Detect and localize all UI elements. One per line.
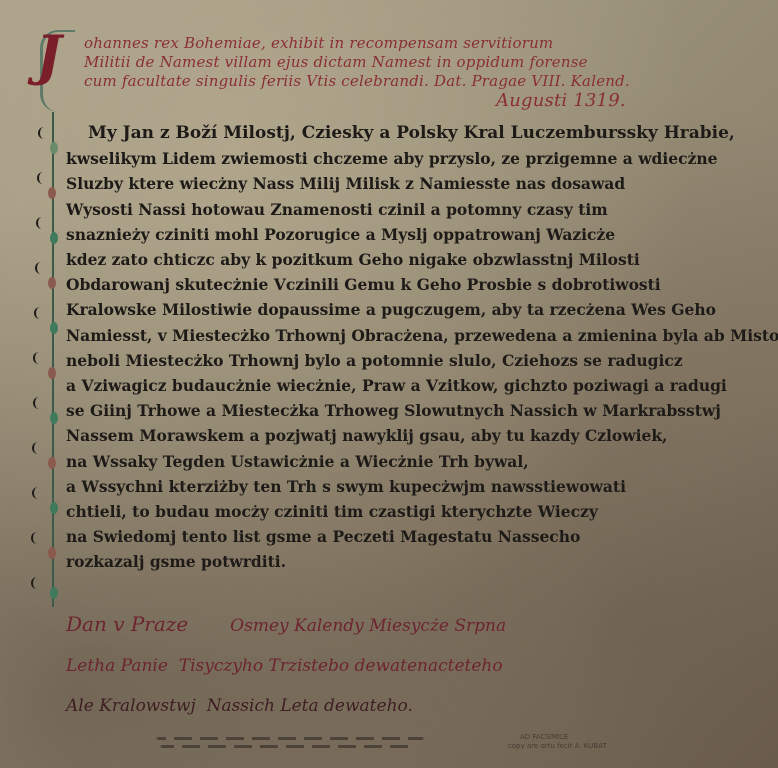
signature-line: AD FACSIMILE bbox=[508, 733, 607, 742]
leaf-icon bbox=[48, 547, 56, 559]
crescent-icon bbox=[38, 127, 50, 139]
crescent-icon bbox=[33, 352, 45, 364]
latin-header: ohannes rex Bohemiae, exhibit in recompe… bbox=[66, 34, 686, 110]
body-line: Namiesst, v Miestecżko Trhownj Obracżena… bbox=[66, 323, 726, 348]
body-line: se Giinj Trhowe a Miestecżka Trhoweg Slo… bbox=[66, 398, 726, 423]
latin-line: cum facultate singulis feriis Vtis celeb… bbox=[66, 72, 686, 91]
signature-line: copy are ortu fecit A. KUBAT bbox=[508, 742, 607, 751]
leaf-icon bbox=[50, 232, 58, 244]
charter-body: My Jan z Boží Milostj, Cziesky a Polsky … bbox=[66, 121, 726, 575]
closing-line: Ale Kralowstwj Nassich Leta dewateho. bbox=[66, 686, 686, 726]
closing-rest: Nassich Leta dewateho. bbox=[207, 696, 413, 716]
crescent-icon bbox=[37, 172, 49, 184]
body-line: snaznieży cziniti mohl Pozorugice a Mysl… bbox=[66, 222, 726, 247]
body-line: a Wssychni kterziżby ten Trh s swym kupe… bbox=[66, 474, 726, 499]
closing-dating-clause: Dan v PrazeOsmey Kalendy Miesycże Srpna … bbox=[66, 604, 686, 726]
body-line: chtieli, to budau mocży cziniti tim czas… bbox=[66, 499, 726, 524]
leaf-icon bbox=[50, 142, 58, 154]
wave-ornament bbox=[78, 745, 498, 748]
leaf-icon bbox=[50, 587, 58, 599]
leaf-icon bbox=[50, 412, 58, 424]
crescent-icon bbox=[31, 577, 43, 589]
body-line: na Wssaky Tegden Ustawicżnie a Wiecżnie … bbox=[66, 449, 726, 474]
body-line: kwselikym Lidem zwiemosti chczeme aby pr… bbox=[66, 146, 726, 171]
crescent-icon bbox=[32, 442, 44, 454]
crescent-icon bbox=[33, 397, 45, 409]
leaf-icon bbox=[48, 457, 56, 469]
crescent-icon bbox=[35, 262, 47, 274]
crescent-icon bbox=[34, 307, 46, 319]
body-line: a Vziwagicz budaucżnie wiecżnie, Praw a … bbox=[66, 373, 726, 398]
artist-signature: AD FACSIMILE copy are ortu fecit A. KUBA… bbox=[508, 733, 607, 751]
crescent-icon bbox=[32, 487, 44, 499]
crescent-icon bbox=[31, 532, 43, 544]
leaf-icon bbox=[48, 277, 56, 289]
body-line: na Swiedomj tento list gsme a Peczeti Ma… bbox=[66, 524, 726, 549]
body-line: Nassem Morawskem a pozjwatj nawyklij gsa… bbox=[66, 423, 726, 448]
body-line: Kralowske Milostiwie dopaussime a pugczu… bbox=[66, 297, 726, 322]
leaf-icon bbox=[48, 367, 56, 379]
leaf-icon bbox=[50, 502, 58, 514]
margin-vine-ornament bbox=[40, 112, 62, 612]
latin-line: ohannes rex Bohemiae, exhibit in recompe… bbox=[66, 34, 686, 53]
body-line: Sluzby ktere wiecżny Nass Milij Milisk z… bbox=[66, 171, 726, 196]
body-line: Wysosti Nassi hotowau Znamenosti czinil … bbox=[66, 197, 726, 222]
crescent-icon bbox=[36, 217, 48, 229]
body-line: My Jan z Boží Milostj, Cziesky a Polsky … bbox=[66, 121, 726, 146]
body-line: neboli Miestecżko Trhownj bylo a potomni… bbox=[66, 348, 726, 373]
body-line: kdez zato chticzc aby k pozitkum Geho ni… bbox=[66, 247, 726, 272]
wave-ornament bbox=[70, 737, 510, 740]
closing-lead: Letha Panie bbox=[66, 656, 168, 676]
body-line: Obdarowanj skutecżnie Vczinili Gemu k Ge… bbox=[66, 272, 726, 297]
leaf-icon bbox=[48, 187, 56, 199]
closing-lead: Dan v Praze bbox=[66, 612, 188, 636]
closing-line: Dan v PrazeOsmey Kalendy Miesycże Srpna bbox=[66, 604, 686, 646]
latin-date-line: Augusti 1319. bbox=[66, 91, 686, 110]
closing-rest: Tisyczyho Trzistebo dewatenacteteho bbox=[179, 656, 503, 676]
closing-line: Letha Panie Tisyczyho Trzistebo dewatena… bbox=[66, 646, 686, 686]
body-line: rozkazalj gsme potwrditi. bbox=[66, 549, 726, 574]
closing-lead: Ale Kralowstwj bbox=[66, 696, 196, 716]
leaf-icon bbox=[50, 322, 58, 334]
latin-line: Militii de Namest villam ejus dictam Nam… bbox=[66, 53, 686, 72]
manuscript-page: J ohannes rex Bohemiae, exhibit in recom… bbox=[0, 0, 778, 768]
closing-rest: Osmey Kalendy Miesycże Srpna bbox=[230, 616, 506, 636]
decorated-initial: J bbox=[36, 28, 62, 82]
